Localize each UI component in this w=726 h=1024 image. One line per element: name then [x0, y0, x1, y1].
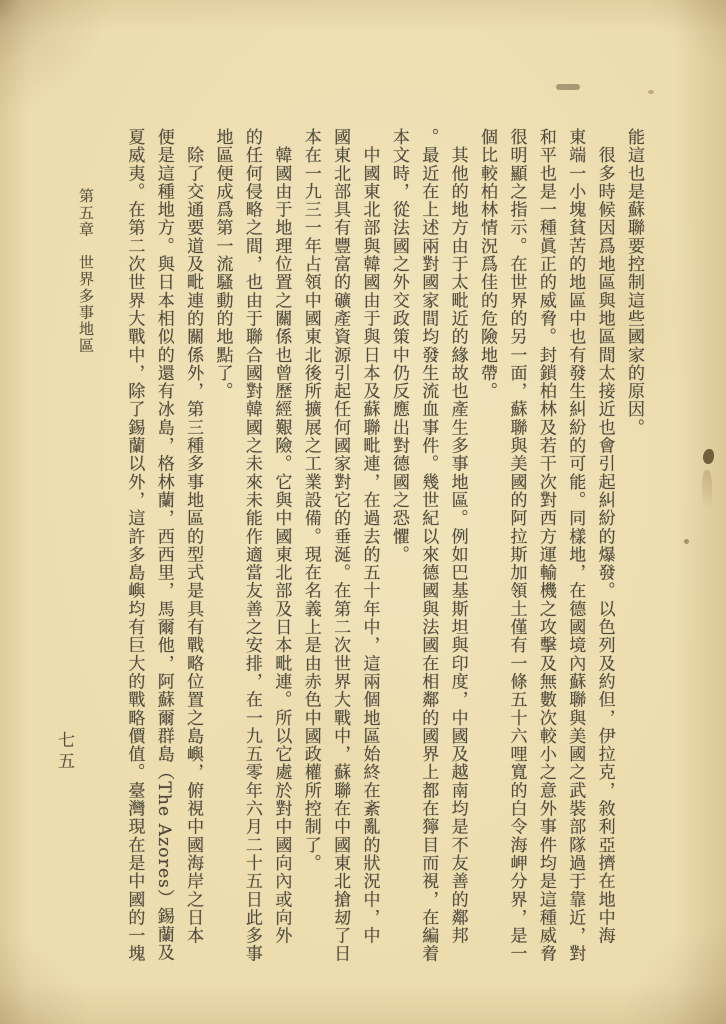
text-column: 和平也是一種眞正的威脅。封鎖柏林及若干次對西方運輸機之攻擊及無數次較小之意外事件… — [530, 128, 559, 974]
text-column: 夏威夷。在第二次世界大戰中，除了錫蘭以外，這許多島嶼均有巨大的戰略價值。臺灣現在… — [119, 128, 148, 974]
text-column: 能這也是蘇聯要控制這些國家的原因。 — [619, 128, 648, 974]
main-text-block: 能這也是蘇聯要控制這些國家的原因。 很多時候因爲地區與地區間太接近也會引起糾紛的… — [118, 128, 648, 974]
text-column: 很多時候因爲地區與地區間太接近也會引起糾紛的爆發。以色列及約但，伊拉克，敘利亞擠… — [589, 128, 618, 974]
page-number: 七五 — [52, 731, 77, 801]
print-artifact — [556, 84, 580, 90]
text-column: 個比較柏林情況爲佳的危險地帶。 — [472, 128, 501, 974]
text-column: 地區便成爲第一流騷動的地點了。 — [207, 128, 236, 974]
page-edge-shadow — [702, 470, 712, 510]
text-column: 本在一九三一年占領中國東北後所擴展之工業設備。現在名義上是由赤色中國政權所控制了… — [295, 128, 324, 974]
text-column: 便是這種地方。與日本相似的還有冰島，格林蘭，西西里，馬爾他，阿蘇爾群島（The … — [148, 128, 177, 974]
text-column: 國東北部具有豐富的礦產資源引起任何國家對它的垂涎。在第二次世界大戰中，蘇聯在中國… — [325, 128, 354, 974]
text-column: 很明顯之指示。在世界的另一面，蘇聯與美國的阿拉斯加領土僅有一條五十六哩寬的白令海… — [501, 128, 530, 974]
text-column: 東端一小塊貧苦的地區中也有發生糾紛的可能。同樣地，在德國境內蘇聯與美國之武裝部隊… — [560, 128, 589, 974]
text-column: 除了交通要道及毗連的關係外，第三種多事地區的型式是具有戰略位置之島嶼，俯視中國海… — [178, 128, 207, 974]
chapter-header: 第五章 世界多事地區 — [76, 188, 97, 358]
paper-stain — [684, 539, 689, 544]
text-column: 韓國由于地理位置之關係也曾歷經艱險。它與中國東北部及日本毗連。所以它處於對中國向… — [266, 128, 295, 974]
text-column: 。最近在上述兩對國家間均發生流血事件。幾世紀以來德國與法國在相鄰的國界上都在獰目… — [413, 128, 442, 974]
text-column: 其他的地方由于太毗近的緣故也產生多事地區。例如巴基斯坦與印度，中國及越南均是不友… — [442, 128, 471, 974]
text-column: 本文時，從法國之外交政策中仍反應出對德國之恐懼。 — [383, 128, 412, 974]
paper-stain — [648, 90, 654, 94]
text-column: 的任何侵略之間，也由于聯合國對韓國之未來未能作適當友善之安排，在一九五零年六月二… — [237, 128, 266, 974]
text-column: 中國東北部與韓國由于與日本及蘇聯毗連，在過去的五十年中，這兩個地區始終在紊亂的狀… — [354, 128, 383, 974]
paper-stain — [703, 449, 714, 464]
scanned-book-page: { "colors": { "paper": "#ecddae", "ink":… — [0, 0, 726, 1024]
